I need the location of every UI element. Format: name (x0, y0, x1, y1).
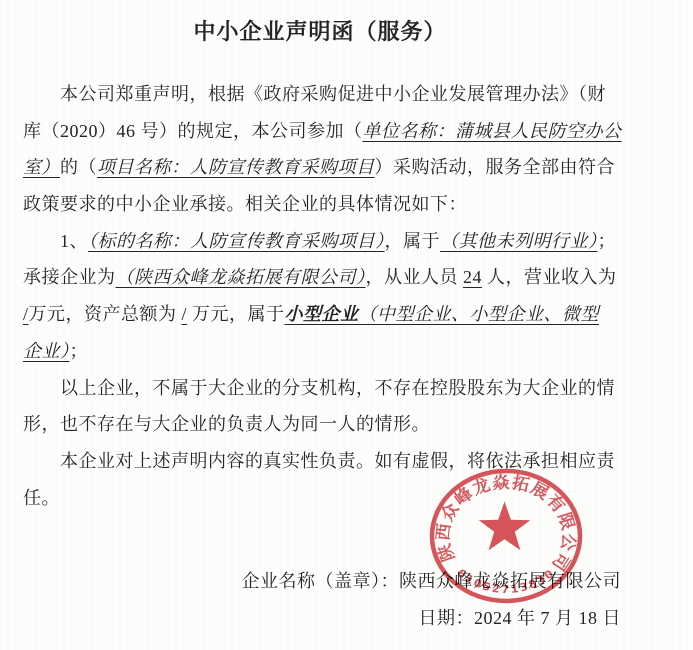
text-segment: 1、 (60, 231, 88, 251)
text-segment: ； (70, 341, 89, 361)
text-segment: ，从业人员 (366, 267, 464, 287)
text-line: 承接企业为（陕西众峰龙焱拓展有限公司），从业人员 24 人，营业收入为 (23, 259, 683, 296)
text-segment: （其他未列明行业） (440, 231, 598, 251)
document-title: 中小企业声明函（服务） (0, 15, 640, 46)
text-segment: ）采购活动，服务全部由符合 (375, 157, 616, 177)
text-line: 形，也不存在与大企业的负责人为同一人的情形。 (23, 406, 683, 443)
text-segment: 任。 (23, 488, 60, 508)
text-segment: 单位名称：蒲城县人民防空办公 (363, 121, 622, 141)
text-line: /万元，资产总额为 / 万元，属于小型企业（中型企业、小型企业、微型 (23, 296, 683, 333)
text-segment: 形，也不存在与大企业的负责人为同一人的情形。 (23, 414, 430, 434)
company-seal-graphic: 陕西众峰龙焱拓展有限公司 610527138308 (421, 451, 593, 623)
text-segment: （陕西众峰龙焱拓展有限公司） (116, 267, 366, 287)
company-seal: 陕西众峰龙焱拓展有限公司 610527138308 (421, 451, 593, 623)
text-line: 企业）； (23, 333, 683, 370)
text-segment: （标的名称：人防宣传教育采购项目） (88, 231, 385, 251)
text-segment: 库（2020）46 号）的规定，本公司参加（ (23, 121, 363, 141)
text-segment: ，属于 (385, 231, 441, 251)
text-segment: 万元，属于 (187, 304, 285, 324)
text-line: 本公司郑重声明，根据《政府采购促进中小企业发展管理办法》（财 (23, 76, 683, 113)
text-segment: 承接企业为 (23, 267, 116, 287)
text-line: 以上企业，不属于大企业的分支机构，不存在控股股东为大企业的情 (23, 370, 683, 407)
text-line: 库（2020）46 号）的规定，本公司参加（单位名称：蒲城县人民防空办公 (23, 113, 683, 150)
text-line: 1、（标的名称：人防宣传教育采购项目），属于（其他未列明行业）； (23, 223, 683, 260)
text-segment: 企业） (23, 341, 70, 361)
text-segment: 本公司郑重声明，根据《政府采购促进中小企业发展管理办法》（财 (60, 84, 606, 104)
text-segment: （中型企业、小型企业、微型 (359, 304, 600, 324)
text-line: 政策要求的中小企业承接。相关企业的具体情况如下： (23, 186, 683, 223)
text-segment: 室） (23, 157, 60, 177)
text-segment: 政策要求的中小企业承接。相关企业的具体情况如下： (23, 194, 467, 214)
text-segment: 小型企业 (285, 304, 359, 324)
text-segment: 以上企业，不属于大企业的分支机构，不存在控股股东为大企业的情 (60, 378, 615, 398)
text-segment: 24 (463, 267, 482, 287)
text-line: 室）的（项目名称：人防宣传教育采购项目）采购活动，服务全部由符合 (23, 149, 683, 186)
text-segment: 项目名称：人防宣传教育采购项目 (97, 157, 375, 177)
text-segment: 万元，资产总额为 (29, 304, 182, 324)
text-segment: ； (598, 231, 617, 251)
text-segment: 人，营业收入为 (482, 267, 617, 287)
document-page: 中小企业声明函（服务） 本公司郑重声明，根据《政府采购促进中小企业发展管理办法》… (0, 0, 693, 650)
text-segment: 的（ (60, 157, 97, 177)
star-icon (479, 502, 530, 551)
